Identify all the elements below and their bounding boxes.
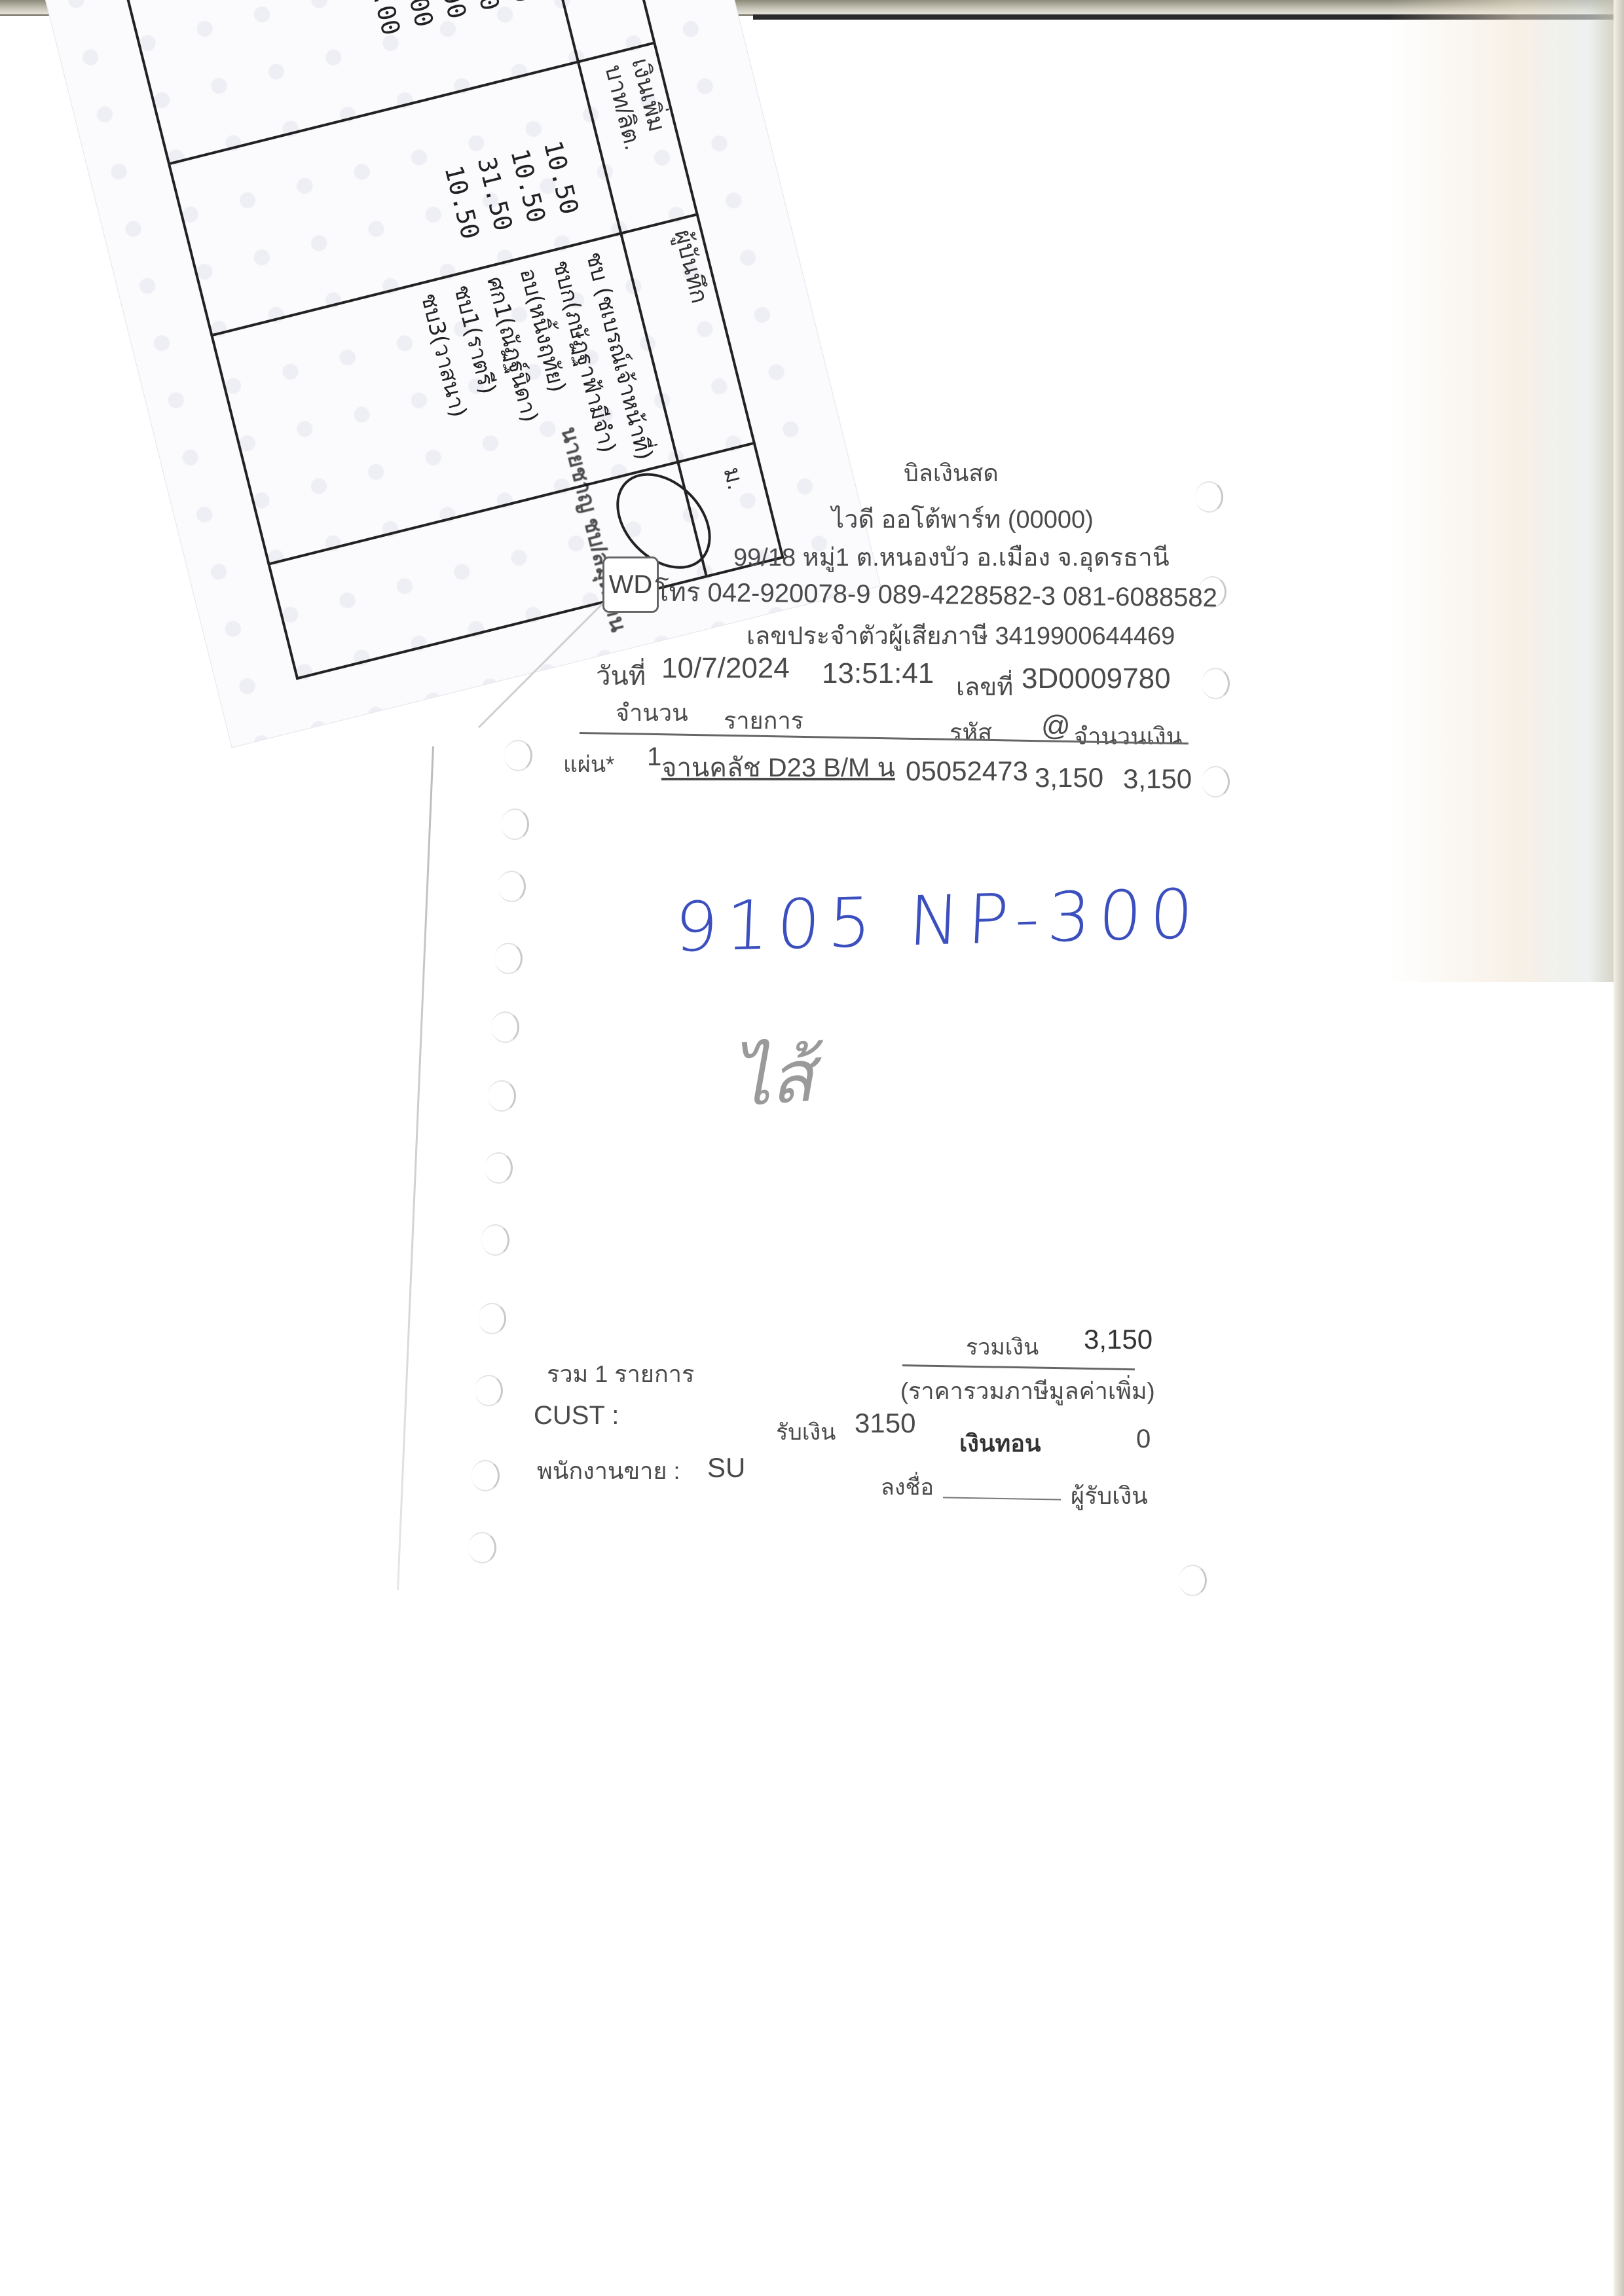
sprocket-hole bbox=[488, 1080, 516, 1112]
vat-note: (ราคารวมภาษีมูลค่าเพิ่ม) bbox=[900, 1372, 1155, 1410]
column-header-item: รายการ bbox=[724, 702, 803, 739]
signature-role: ผู้รับเงิน bbox=[1071, 1477, 1148, 1514]
column-header-unit-price: @ bbox=[1041, 710, 1071, 742]
sprocket-hole bbox=[1202, 668, 1230, 699]
paper-edge bbox=[397, 746, 434, 1590]
sprocket-hole bbox=[1179, 1565, 1207, 1596]
change-amount: 0 bbox=[1136, 1425, 1151, 1454]
item-amount: 3,150 bbox=[1123, 763, 1192, 795]
scanner-edge-right bbox=[1614, 0, 1624, 2296]
table-rule bbox=[170, 42, 654, 165]
paper-stain bbox=[1388, 0, 1624, 982]
handwritten-note: 9105 NP-300 bbox=[673, 873, 1202, 967]
sprocket-hole bbox=[471, 1460, 500, 1491]
item-unit: แผ่น* bbox=[563, 746, 614, 782]
tax-id: เลขประจำตัวผู้เสียภาษี 3419900644469 bbox=[747, 615, 1175, 655]
sprocket-hole bbox=[504, 740, 532, 771]
column-header-qty: จำนวน bbox=[616, 694, 688, 731]
sprocket-hole bbox=[475, 1375, 503, 1406]
shop-logo-badge: WD bbox=[602, 556, 659, 613]
total-amount: 3,150 bbox=[1084, 1324, 1153, 1355]
fee-value: 1,050.00 bbox=[346, 0, 409, 39]
sprocket-hole bbox=[468, 1532, 496, 1563]
doc-number: 3D0009780 bbox=[1022, 663, 1171, 695]
received-amount: 3150 bbox=[855, 1408, 915, 1439]
sprocket-hole bbox=[481, 1224, 509, 1256]
handwritten-signature: ไส้ bbox=[729, 1019, 817, 1138]
sprocket-hole bbox=[478, 1303, 506, 1334]
cashier-name: SU bbox=[707, 1452, 745, 1484]
column-header-code: รหัส bbox=[950, 714, 992, 751]
sprocket-hole bbox=[485, 1152, 513, 1184]
date-label: วันที่ bbox=[596, 655, 646, 697]
sprocket-hole bbox=[1202, 766, 1230, 797]
bill-time: 13:51:41 bbox=[822, 657, 934, 690]
sprocket-hole bbox=[494, 943, 523, 974]
doc-number-label: เลขที่ bbox=[956, 666, 1013, 706]
sprocket-hole bbox=[491, 1011, 519, 1043]
extra-values: 10.50 10.50 31.50 10.50 bbox=[436, 137, 586, 242]
sprocket-hole bbox=[1195, 481, 1223, 513]
item-unit-price: 3,150 bbox=[1035, 762, 1103, 793]
received-label: รับเงิน bbox=[776, 1414, 836, 1449]
shop-name: ไวดี ออโต้พาร์ท (00000) bbox=[832, 499, 1094, 539]
bill-title: บิลเงินสด bbox=[904, 454, 999, 492]
cashier-label: พนักงานขาย : bbox=[537, 1452, 680, 1489]
sprocket-hole bbox=[501, 809, 529, 840]
shop-address: 99/18 หมู่1 ต.หนองบัว อ.เมือง จ.อุดรธานี bbox=[733, 537, 1170, 577]
column-header-amount: จำนวนเงิน bbox=[1074, 718, 1182, 755]
total-label: รวมเงิน bbox=[966, 1329, 1039, 1364]
recorder-col-header: ผู้บันทึก bbox=[669, 227, 713, 306]
fee-values: 1,050.00 1,050.00 1,050.00 1,050.00 1,05… bbox=[346, 0, 541, 39]
item-description: จานคลัช D23 B/M น bbox=[661, 746, 895, 788]
item-count: รวม 1 รายการ bbox=[547, 1355, 694, 1393]
shop-phone: โทร 042-920078-9 089-4228582-3 081-60885… bbox=[655, 571, 1218, 619]
item-qty: 1 bbox=[647, 742, 661, 772]
customer-label: CUST : bbox=[534, 1401, 619, 1430]
bill-date: 10/7/2024 bbox=[661, 652, 790, 685]
signature-label: ลงชื่อ bbox=[881, 1469, 934, 1504]
sprocket-hole bbox=[498, 871, 526, 902]
item-code: 05052473 bbox=[906, 756, 1028, 787]
extra-col-header: เงินเพิ่ม บาท/ลิต. bbox=[599, 56, 673, 153]
change-label: เงินทอน bbox=[959, 1425, 1041, 1462]
